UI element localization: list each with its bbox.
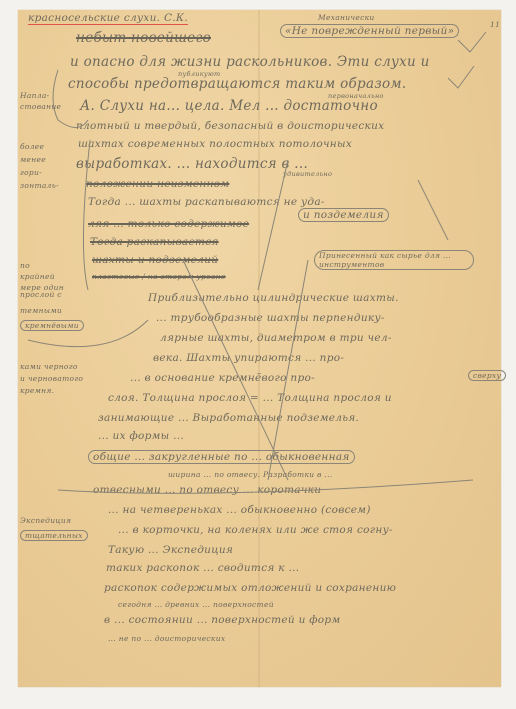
pencil-strokes — [18, 10, 501, 687]
manuscript-page: красносельские слухи. С.К. Механически «… — [18, 10, 501, 687]
